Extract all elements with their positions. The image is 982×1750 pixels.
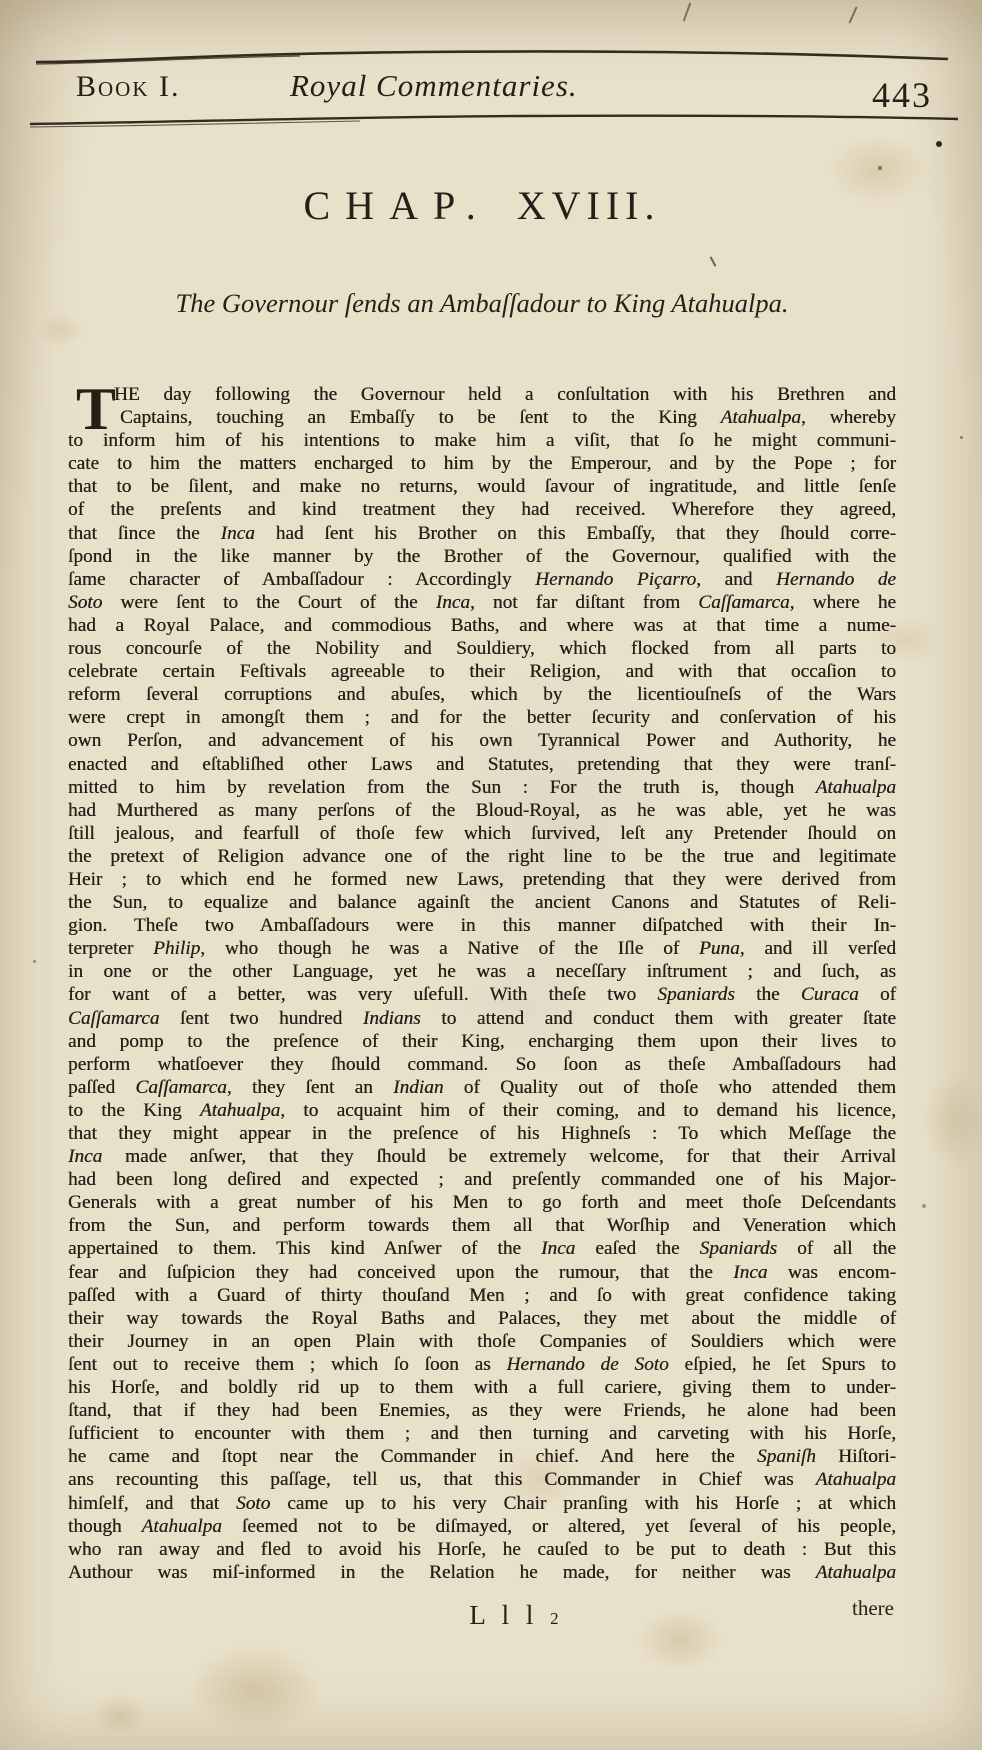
text-line: rous concourſe of the Nobility and Sould… — [68, 637, 896, 660]
italic-text-segment: Caſſamarca — [698, 592, 789, 613]
text-segment: from the Sun, and perform towards them a… — [68, 1215, 896, 1236]
text-segment: of Quality out of thoſe who attended the… — [443, 1077, 896, 1098]
italic-text-segment: Indians — [363, 1008, 421, 1029]
text-line: mitted to him by revelation from the Sun… — [68, 776, 896, 799]
text-segment: were crept in amongſt them ; and for the… — [68, 707, 896, 728]
text-segment: ans recounting this paſſage, tell us, th… — [68, 1469, 816, 1490]
text-segment: that ſince the — [68, 523, 221, 544]
text-segment: reform ſeveral corruptions and abuſes, w… — [68, 684, 896, 705]
text-line: own Perſon, and advancement of his own T… — [68, 729, 896, 752]
ink-flick-mark — [710, 256, 717, 267]
text-segment: , to acquaint him of their coming, and t… — [280, 1100, 896, 1121]
text-segment: were ſent to the Court of the — [102, 592, 435, 613]
italic-text-segment: Inca — [221, 523, 255, 544]
text-segment: had a Royal Palace, and commodious Baths… — [68, 615, 896, 636]
text-segment: had been long deſired and expected ; and… — [68, 1169, 896, 1190]
text-line: ſtill jealous, and fearfull of thoſe few… — [68, 822, 896, 845]
text-segment: ſtand, that if they had been Enemies, as… — [68, 1400, 896, 1421]
signature-numeral: 2 — [550, 1609, 559, 1628]
text-segment: ſtill jealous, and fearfull of thoſe few… — [68, 823, 896, 844]
text-line: had a Royal Palace, and commodious Baths… — [68, 614, 896, 637]
signature-mark: L l l 2 — [68, 1600, 896, 1631]
italic-text-segment: Caſſamarca — [68, 1008, 159, 1029]
text-line: ſufficient to encounter with them ; and … — [68, 1422, 896, 1445]
text-segment: he came and ſtopt near the Commander in … — [68, 1446, 757, 1467]
text-segment: eſpied, he ſet Spurs to — [669, 1354, 896, 1375]
italic-text-segment: Inca — [733, 1262, 767, 1283]
text-segment: who ran away and fled to avoid his Horſe… — [68, 1539, 896, 1560]
text-segment: mitted to him by revelation from the Sun… — [68, 777, 816, 798]
fox-spot — [878, 166, 882, 170]
text-line: who ran away and fled to avoid his Horſe… — [68, 1538, 896, 1561]
italic-text-segment: Curaca — [801, 984, 859, 1005]
text-segment: himſelf, and that — [68, 1493, 236, 1514]
book-number: Book I. — [76, 70, 181, 104]
text-segment: fear and ſuſpicion they had conceived up… — [68, 1262, 733, 1283]
text-line: his Horſe, and boldly rid up to them wit… — [68, 1376, 896, 1399]
text-line: he came and ſtopt near the Commander in … — [68, 1445, 896, 1468]
text-line: Inca made anſwer, that they ſhould be ex… — [68, 1145, 896, 1168]
ink-speck — [936, 141, 942, 147]
italic-text-segment: Atahualpa — [816, 777, 896, 798]
text-line: had been long deſired and expected ; and… — [68, 1168, 896, 1191]
text-line: Captains, touching an Embaſſy to be ſent… — [68, 406, 896, 429]
chapter-word: CHAP. — [304, 183, 491, 228]
italic-text-segment: The Governour ſends an Ambaſſadour to Ki… — [176, 288, 672, 318]
text-segment: had Murthered as many perſons of the Blo… — [68, 800, 896, 821]
text-line: paſſed Caſſamarca, they ſent an Indian o… — [68, 1076, 896, 1099]
text-segment: , not far diſtant from — [470, 592, 698, 613]
text-line: from the Sun, and perform towards them a… — [68, 1214, 896, 1237]
italic-text-segment: Hernando Piçarro — [535, 569, 696, 590]
text-line: that they might appear in the preſence o… — [68, 1122, 896, 1145]
text-segment: their Journey in an open Plain with thoſ… — [68, 1331, 896, 1352]
text-segment: the — [735, 984, 801, 1005]
drop-cap-initial: T — [76, 383, 116, 435]
chapter-numeral: XVIII. — [517, 183, 661, 228]
text-line: Caſſamarca ſent two hundred Indians to a… — [68, 1007, 896, 1030]
text-segment: had ſent his Brother on this Embaſſy, th… — [255, 523, 896, 544]
text-segment: Captains, touching an Embaſſy to be ſent… — [120, 407, 721, 428]
text-segment: ſufficient to encounter with them ; and … — [68, 1423, 896, 1444]
chapter-heading: CHAP.XVIII. — [68, 182, 896, 229]
text-segment: came up to his very Chair pranſing with … — [270, 1493, 896, 1514]
italic-text-segment: Hernando de Soto — [506, 1354, 668, 1375]
text-segment: was encom- — [767, 1262, 896, 1283]
text-segment: that to be ſilent, and make no returns, … — [68, 476, 896, 497]
text-line: in one or the other Language, yet he was… — [68, 960, 896, 983]
text-segment: , and — [696, 569, 776, 590]
header-bottom-rule — [0, 108, 982, 130]
text-line: the Sun, to equalize and balance againſt… — [68, 891, 896, 914]
chapter-subtitle: The Governour ſends an Ambaſſadour to Ki… — [68, 288, 896, 319]
text-line: reform ſeveral corruptions and abuſes, w… — [68, 683, 896, 706]
text-segment: to attend and conduct them with greater … — [421, 1008, 896, 1029]
text-segment: made anſwer, that they ſhould be extreme… — [102, 1146, 896, 1167]
text-segment: terpreter — [68, 938, 153, 959]
text-segment: , and ill verſed — [740, 938, 896, 959]
text-line: himſelf, and that Soto came up to his ve… — [68, 1492, 896, 1515]
text-segment: in one or the other Language, yet he was… — [68, 961, 896, 982]
italic-text-segment: Atahualpa — [816, 1562, 896, 1583]
text-line: gion. Theſe two Ambaſſadours were in thi… — [68, 914, 896, 937]
text-line: and pomp to the preſence of their King, … — [68, 1030, 896, 1053]
text-line: celebrate certain Feſtivals agreeable to… — [68, 660, 896, 683]
text-line: the pretext of Religion advance one of t… — [68, 845, 896, 868]
text-line: ans recounting this paſſage, tell us, th… — [68, 1468, 896, 1491]
text-line: ſpond in the like manner by the Brother … — [68, 545, 896, 568]
text-segment: the pretext of Religion advance one of t… — [68, 846, 896, 867]
catchword: there — [852, 1596, 894, 1621]
text-segment: of — [859, 984, 896, 1005]
text-line: HE day following the Governour held a co… — [68, 383, 896, 406]
italic-text-segment: Atahualpa — [142, 1516, 222, 1537]
text-line: though Atahualpa ſeemed not to be diſmay… — [68, 1515, 896, 1538]
text-line: enacted and eſtabliſhed other Laws and S… — [68, 753, 896, 776]
text-segment: to the King — [68, 1100, 200, 1121]
text-segment: though — [68, 1516, 142, 1537]
text-segment: Authour was miſ-informed in the Relation… — [68, 1562, 816, 1583]
running-title: Royal Commentaries. — [290, 68, 578, 104]
book-page-scan: Book I. Royal Commentaries. 443 CHAP.XVI… — [0, 0, 982, 1750]
text-segment: HE day following the Governour held a co… — [114, 384, 896, 405]
italic-text-segment: Inca — [436, 592, 470, 613]
italic-text-segment: Spaniards — [700, 1238, 778, 1259]
text-line: Authour was miſ-informed in the Relation… — [68, 1561, 896, 1584]
italic-text-segment: Puna — [699, 938, 740, 959]
text-segment: cate to him the matters encharged to him… — [68, 453, 896, 474]
text-segment: to inform him of his intentions to make … — [68, 430, 896, 451]
italic-text-segment: Caſſamarca — [135, 1077, 226, 1098]
text-segment: own Perſon, and advancement of his own T… — [68, 730, 896, 751]
text-line: appertained to them. This kind Anſwer of… — [68, 1237, 896, 1260]
text-line: Heir ; to which end he formed new Laws, … — [68, 868, 896, 891]
text-line: to the King Atahualpa, to acquaint him o… — [68, 1099, 896, 1122]
text-segment: enacted and eſtabliſhed other Laws and S… — [68, 754, 896, 775]
text-line: had Murthered as many perſons of the Blo… — [68, 799, 896, 822]
italic-text-segment: Indian — [393, 1077, 443, 1098]
text-line: cate to him the matters encharged to him… — [68, 452, 896, 475]
text-segment: , where he — [790, 592, 896, 613]
text-line: terpreter Philip, who though he was a Na… — [68, 937, 896, 960]
text-segment: , whereby — [801, 407, 896, 428]
text-line: for want of a better, was very uſefull. … — [68, 983, 896, 1006]
text-line: paſſed with a Guard of thirty thouſand M… — [68, 1284, 896, 1307]
text-segment: Atahualpa. — [671, 288, 788, 318]
text-segment: , they ſent an — [227, 1077, 393, 1098]
text-line: Soto were ſent to the Court of the Inca,… — [68, 591, 896, 614]
italic-text-segment: Soto — [68, 592, 102, 613]
text-segment: their way towards the Royal Baths and Pa… — [68, 1308, 896, 1329]
italic-text-segment: Inca — [68, 1146, 102, 1167]
text-line: fear and ſuſpicion they had conceived up… — [68, 1261, 896, 1284]
text-segment: his Horſe, and boldly rid up to them wit… — [68, 1377, 896, 1398]
italic-text-segment: Atahualpa — [721, 407, 801, 428]
text-line: ſame character of Ambaſſadour : Accordin… — [68, 568, 896, 591]
italic-text-segment: Inca — [541, 1238, 575, 1259]
pen-stroke-mark — [848, 6, 857, 23]
italic-text-segment: Hernando de — [776, 569, 896, 590]
text-segment: celebrate certain Feſtivals agreeable to… — [68, 661, 896, 682]
text-segment: perform whatſoever they ſhould command. … — [68, 1054, 896, 1075]
text-segment: the Sun, to equalize and balance againſt… — [68, 892, 896, 913]
text-line: of the preſents and kind treatment they … — [68, 498, 896, 521]
text-segment: Generals with a great number of his Men … — [68, 1192, 896, 1213]
text-segment: paſſed — [68, 1077, 135, 1098]
text-line: perform whatſoever they ſhould command. … — [68, 1053, 896, 1076]
text-segment: ſeemed not to be diſmayed, or altered, y… — [222, 1516, 896, 1537]
text-segment: Heir ; to which end he formed new Laws, … — [68, 869, 896, 890]
text-segment: of the preſents and kind treatment they … — [68, 499, 896, 520]
text-line: their Journey in an open Plain with thoſ… — [68, 1330, 896, 1353]
text-segment: appertained to them. This kind Anſwer of… — [68, 1238, 541, 1259]
text-segment: Hiſtori- — [816, 1446, 896, 1467]
paragraph: HE day following the Governour held a co… — [68, 383, 896, 1584]
text-line: that ſince the Inca had ſent his Brother… — [68, 522, 896, 545]
italic-text-segment: Philip — [153, 938, 200, 959]
text-segment: ſent out to receive them ; which ſo ſoon… — [68, 1354, 506, 1375]
italic-text-segment: Atahualpa — [200, 1100, 280, 1121]
text-line: ſent out to receive them ; which ſo ſoon… — [68, 1353, 896, 1376]
text-line: their way towards the Royal Baths and Pa… — [68, 1307, 896, 1330]
italic-text-segment: Soto — [236, 1493, 270, 1514]
text-line: to inform him of his intentions to make … — [68, 429, 896, 452]
text-segment: of all the — [777, 1238, 896, 1259]
text-segment: eaſed the — [575, 1238, 699, 1259]
text-segment: , who though he was a Native of the Iſle… — [200, 938, 699, 959]
ink-speck — [960, 436, 963, 439]
italic-text-segment: Atahualpa — [816, 1469, 896, 1490]
header-top-rule — [0, 46, 982, 68]
text-line: Generals with a great number of his Men … — [68, 1191, 896, 1214]
text-segment: and pomp to the preſence of their King, … — [68, 1031, 896, 1052]
text-segment: for want of a better, was very uſefull. … — [68, 984, 657, 1005]
text-line: ſtand, that if they had been Enemies, as… — [68, 1399, 896, 1422]
page-footer: L l l 2 there — [68, 1600, 896, 1634]
text-segment: ſpond in the like manner by the Brother … — [68, 546, 896, 567]
body-text: T HE day following the Governour held a … — [68, 383, 896, 1584]
text-segment: gion. Theſe two Ambaſſadours were in thi… — [68, 915, 896, 936]
text-segment: ſent two hundred — [159, 1008, 362, 1029]
text-segment: rous concourſe of the Nobility and Sould… — [68, 638, 896, 659]
italic-text-segment: Spaniſh — [757, 1446, 816, 1467]
ink-speck — [922, 1204, 926, 1208]
italic-text-segment: Spaniards — [657, 984, 735, 1005]
text-segment: that they might appear in the preſence o… — [68, 1123, 896, 1144]
pen-stroke-mark — [683, 2, 692, 21]
text-line: that to be ſilent, and make no returns, … — [68, 475, 896, 498]
ink-speck — [33, 960, 36, 963]
text-segment: paſſed with a Guard of thirty thouſand M… — [68, 1285, 896, 1306]
text-line: were crept in amongſt them ; and for the… — [68, 706, 896, 729]
text-segment: ſame character of Ambaſſadour : Accordin… — [68, 569, 535, 590]
